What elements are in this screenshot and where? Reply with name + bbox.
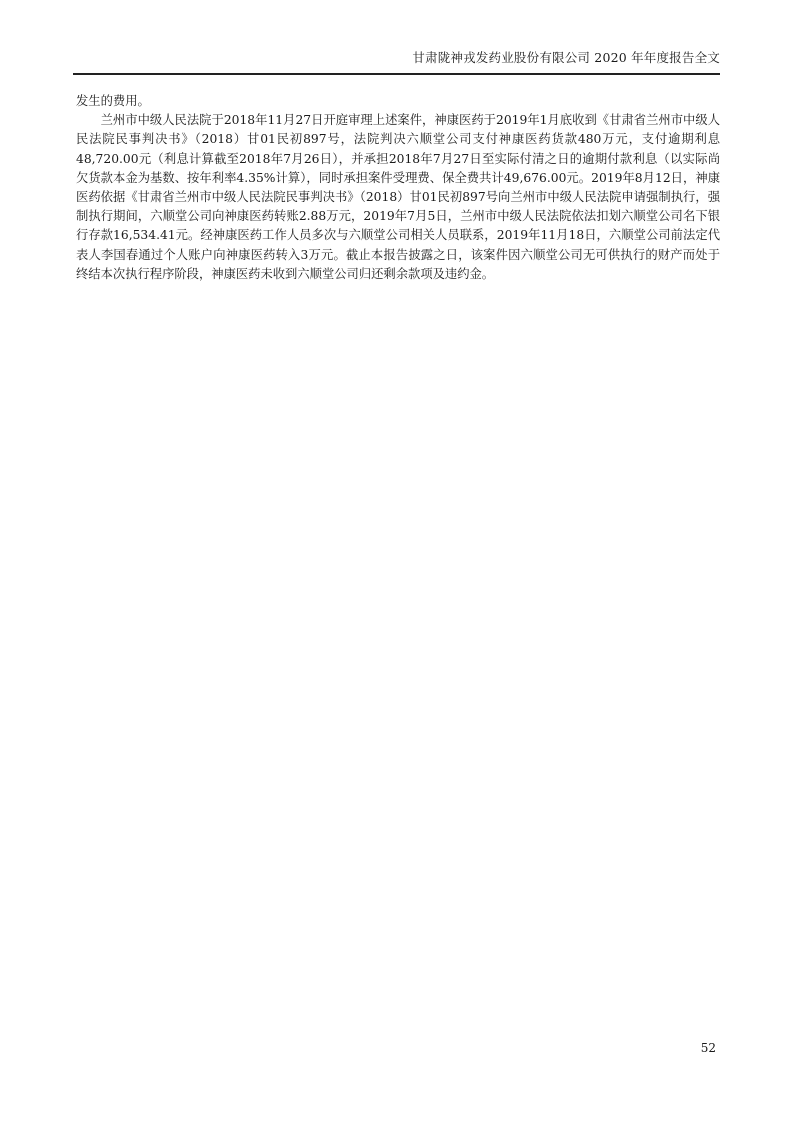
document-body: 发生的费用。 兰州市中级人民法院于2018年11月27日开庭审理上述案件，神康医… <box>76 92 720 284</box>
header-divider <box>73 73 720 75</box>
paragraph-continuation: 发生的费用。 <box>76 92 720 111</box>
page-number: 52 <box>701 1040 716 1056</box>
page-header: 甘肃陇神戎发药业股份有限公司 2020 年年度报告全文 <box>73 48 720 68</box>
report-title: 甘肃陇神戎发药业股份有限公司 2020 年年度报告全文 <box>412 50 720 65</box>
paragraph-case-details: 兰州市中级人民法院于2018年11月27日开庭审理上述案件，神康医药于2019年… <box>76 111 720 284</box>
